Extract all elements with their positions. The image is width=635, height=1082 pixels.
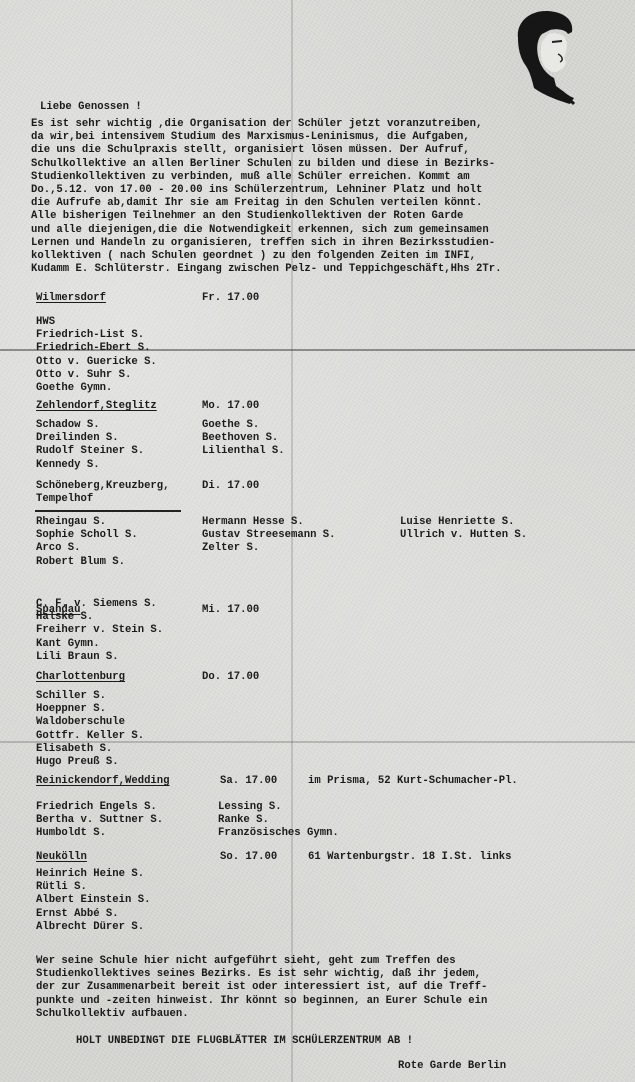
school-name: Halske S. [36, 611, 93, 624]
text-line: die uns die Schulpraxis stellt, organisi… [31, 144, 611, 157]
meeting-time: So. 17.00 [220, 851, 277, 864]
school-name: Ranke S. [218, 814, 269, 827]
school-name: Friedrich Engels S. [36, 801, 157, 814]
school-name: Ernst Abbé S. [36, 908, 119, 921]
school-name: Französisches Gymn. [218, 827, 339, 840]
school-name: Otto v. Guericke S. [36, 356, 157, 369]
school-name: Albrecht Dürer S. [36, 921, 144, 934]
school-name: Rütli S. [36, 881, 87, 894]
meeting-time: Mo. 17.00 [202, 400, 259, 413]
outro-paragraph: Wer seine Schule hier nicht aufgeführt s… [36, 955, 487, 1021]
text-line: punkte und -zeiten hinweist. Ihr könnt s… [36, 995, 487, 1008]
school-name: Dreilinden S. [36, 432, 119, 445]
school-name: Lessing S. [218, 801, 282, 814]
district-name: Wilmersdorf [36, 292, 106, 305]
signature: Rote Garde Berlin [398, 1060, 506, 1073]
school-name: Kennedy S. [36, 459, 100, 472]
school-name: Arco S. [36, 542, 81, 555]
text-line: die Aufrufe ab,damit Ihr sie am Freitag … [31, 197, 611, 210]
text-line: Studienkollektives seines Bezirks. Es is… [36, 968, 487, 981]
school-name: Albert Einstein S. [36, 894, 150, 907]
district-name-line2: Tempelhof [36, 493, 93, 506]
text-line: Do.,5.12. von 17.00 - 20.00 ins Schülerz… [31, 184, 611, 197]
heading-rule [35, 510, 181, 512]
text-line: Schulkollektiv aufbauen. [36, 1008, 487, 1021]
text-line: und alle diejenigen,die die Notwendigkei… [31, 224, 611, 237]
school-name: Luise Henriette S. [400, 516, 514, 529]
school-name: Sophie Scholl S. [36, 529, 138, 542]
school-name: Hermann Hesse S. [202, 516, 304, 529]
school-name: Lili Braun S. [36, 651, 119, 664]
typewritten-flyer: Liebe Genossen ! Es ist sehr wichtig ,di… [0, 0, 635, 1082]
text-line: Studienkollektiven zu verbinden, muß all… [31, 171, 611, 184]
text-line: Kudamm E. Schlüterstr. Eingang zwischen … [31, 263, 611, 276]
text-line: der zur Zusammenarbeit bereit ist oder i… [36, 981, 487, 994]
school-name: Kant Gymn. [36, 638, 100, 651]
school-name: Friedrich-List S. [36, 329, 144, 342]
school-name: Waldoberschule [36, 716, 125, 729]
school-name: Goethe Gymn. [36, 382, 112, 395]
text-line: Es ist sehr wichtig ,die Organisation de… [31, 118, 611, 131]
school-name: Friedrich-Ebert S. [36, 342, 150, 355]
text-line: da wir,bei intensivem Studium des Marxis… [31, 131, 611, 144]
school-name: Heinrich Heine S. [36, 868, 144, 881]
meeting-location: 61 Wartenburgstr. 18 I.St. links [308, 851, 511, 864]
text-line: Lernen und Handeln zu organisieren, tref… [31, 237, 611, 250]
district-name: Schöneberg,Kreuzberg, [36, 480, 170, 493]
school-name: Rudolf Steiner S. [36, 445, 144, 458]
meeting-time: Di. 17.00 [202, 480, 259, 493]
text-line: kollektiven ( nach Schulen geordnet ) zu… [31, 250, 611, 263]
school-name: Goethe S. [202, 419, 259, 432]
school-name: Schadow S. [36, 419, 100, 432]
school-name: Ullrich v. Hutten S. [400, 529, 527, 542]
school-name: HWS [36, 316, 55, 329]
meeting-time: Sa. 17.00 [220, 775, 277, 788]
school-name: Freiherr v. Stein S. [36, 624, 163, 637]
meeting-time: Mi. 17.00 [202, 604, 259, 617]
meeting-location: im Prisma, 52 Kurt-Schumacher-Pl. [308, 775, 518, 788]
mao-portrait-icon [512, 8, 584, 106]
school-name: Hugo Preuß S. [36, 756, 119, 769]
school-name: Hoeppner S. [36, 703, 106, 716]
text-line: Wer seine Schule hier nicht aufgeführt s… [36, 955, 487, 968]
school-name: Otto v. Suhr S. [36, 369, 131, 382]
school-name: Humboldt S. [36, 827, 106, 840]
school-name: C. F. v. Siemens S. [36, 598, 157, 611]
school-name: Beethoven S. [202, 432, 278, 445]
district-name: Zehlendorf,Steglitz [36, 400, 157, 413]
school-name: Schiller S. [36, 690, 106, 703]
meeting-time: Fr. 17.00 [202, 292, 259, 305]
meeting-time: Do. 17.00 [202, 671, 259, 684]
school-name: Robert Blum S. [36, 556, 125, 569]
call-to-action: HOLT UNBEDINGT DIE FLUGBLÄTTER IM SCHÜLE… [76, 1035, 413, 1048]
school-name: Lilienthal S. [202, 445, 285, 458]
text-line: Alle bisherigen Teilnehmer an den Studie… [31, 210, 611, 223]
district-name: Neukölln [36, 851, 87, 864]
greeting: Liebe Genossen ! [40, 101, 142, 114]
school-name: Rheingau S. [36, 516, 106, 529]
school-name: Elisabeth S. [36, 743, 112, 756]
text-line: Schulkollektive an allen Berliner Schule… [31, 158, 611, 171]
district-name: Reinickendorf,Wedding [36, 775, 170, 788]
school-name: Bertha v. Suttner S. [36, 814, 163, 827]
school-name: Gustav Streesemann S. [202, 529, 336, 542]
school-name: Gottfr. Keller S. [36, 730, 144, 743]
school-name: Zelter S. [202, 542, 259, 555]
district-name: Charlottenburg [36, 671, 125, 684]
intro-paragraph: Es ist sehr wichtig ,die Organisation de… [31, 118, 611, 276]
